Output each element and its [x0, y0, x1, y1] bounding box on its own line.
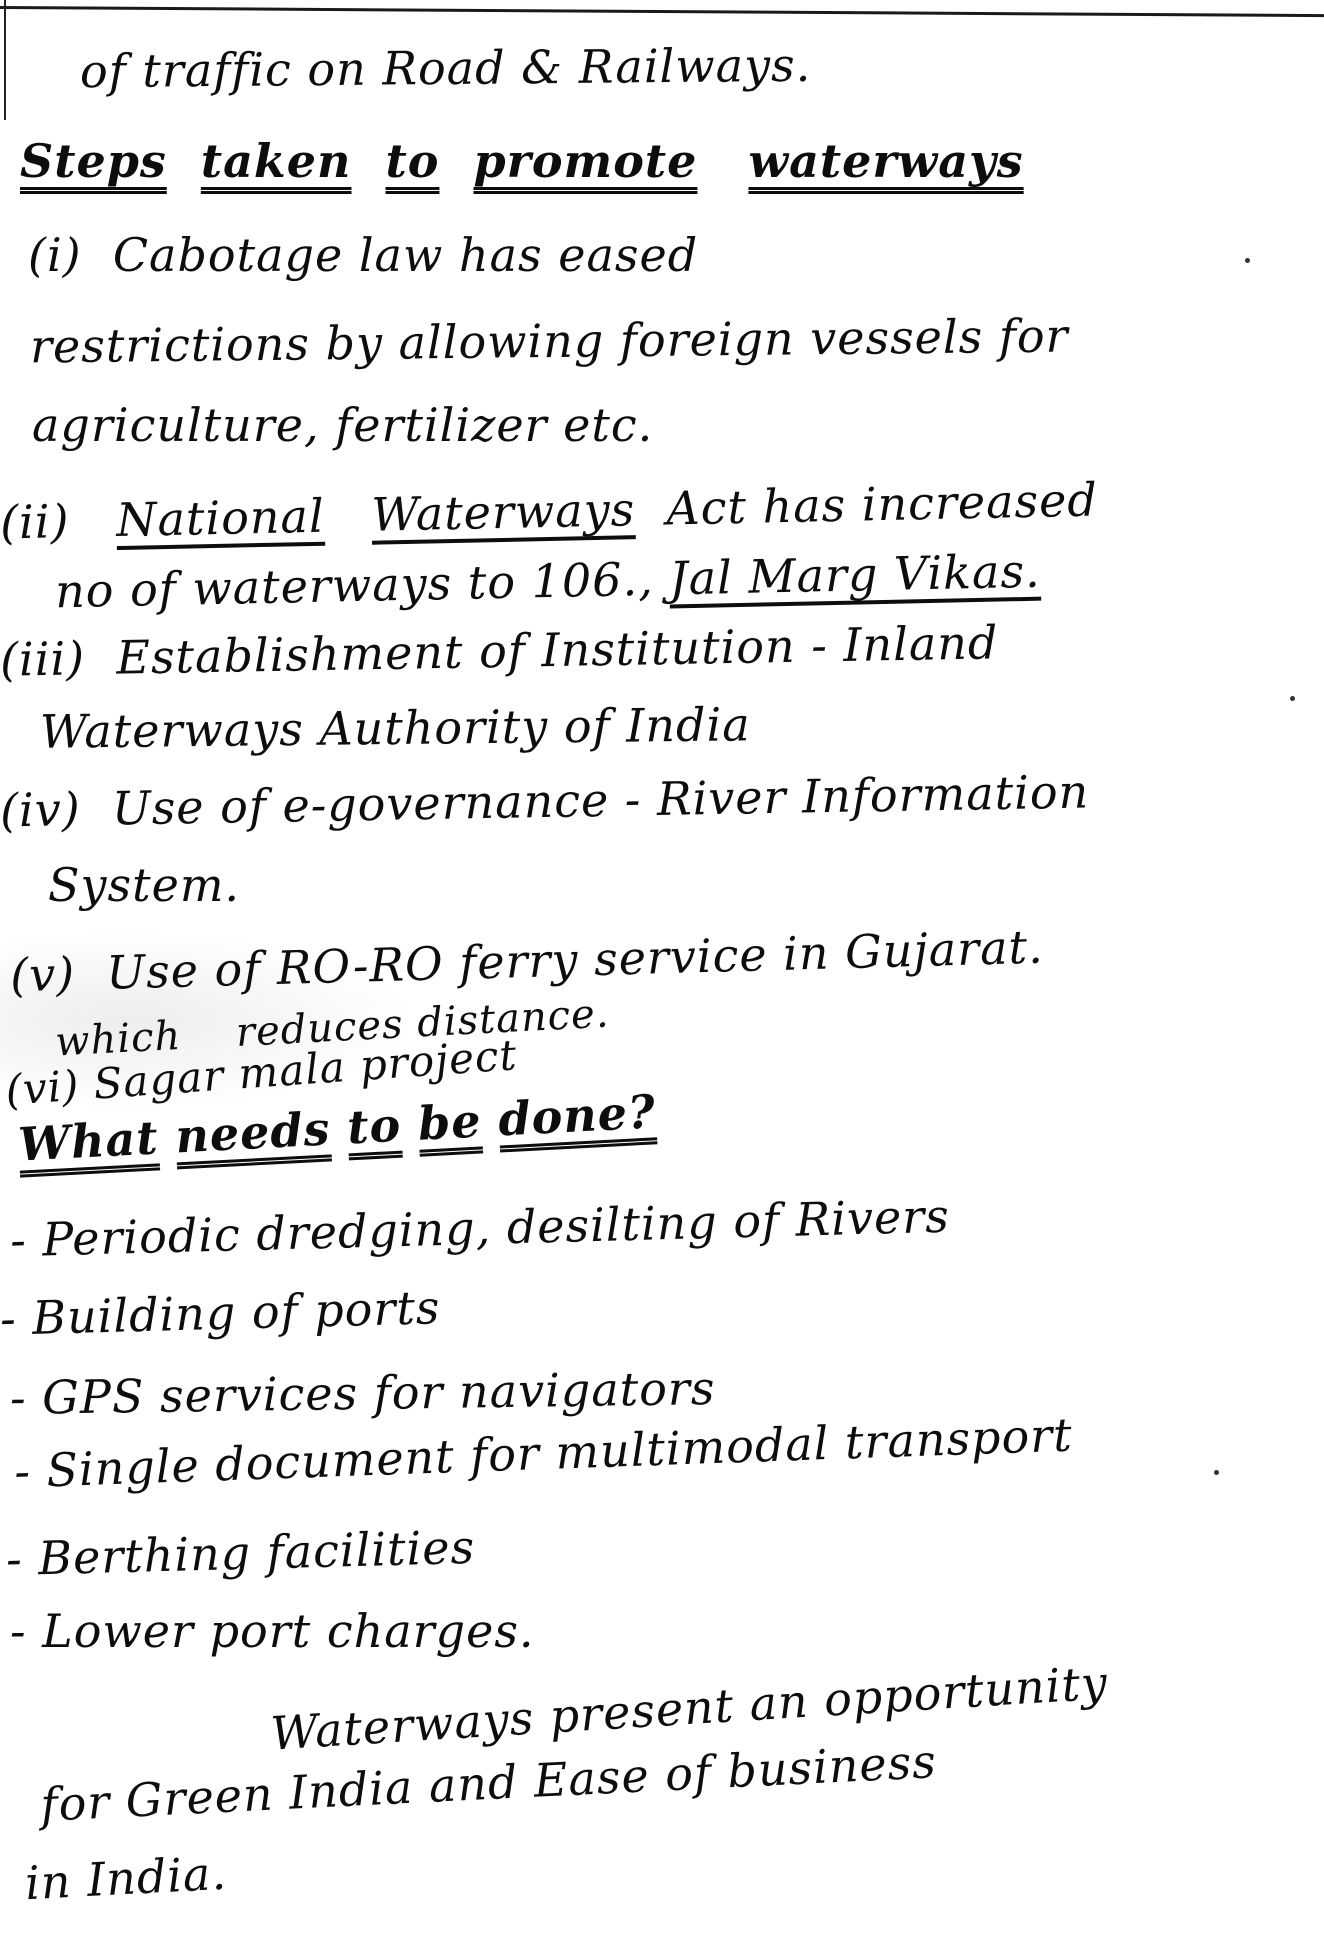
point-label: (i) [28, 228, 82, 282]
need-item-berthing: - Berthing facilities [5, 1524, 475, 1582]
need-item-gps: - GPS services for navigators [10, 1365, 716, 1421]
point-text: restrictions by allowing foreign vessels… [30, 309, 1069, 374]
need-text: - GPS services for navigators [10, 1361, 716, 1425]
heading-word: Steps [20, 134, 167, 188]
heading-word: promote [473, 134, 697, 188]
page-top-border [0, 6, 1324, 17]
need-item-ports: - Building of ports [0, 1284, 441, 1342]
point-i-line1: (i) Cabotage law has eased [28, 232, 698, 278]
conclusion-text: for Green India and Ease of business [39, 1734, 938, 1832]
heading-word: needs [174, 1101, 332, 1163]
underlined-scheme: Jal Marg Vikas. [669, 544, 1041, 606]
need-text: - Periodic dredging, desilting of Rivers [9, 1189, 950, 1268]
heading-word: waterways [748, 134, 1023, 188]
stray-mark [1245, 258, 1250, 263]
point-text: Cabotage law has eased [113, 228, 698, 282]
point-i-line3: agriculture, fertilizer etc. [32, 402, 653, 448]
heading-steps-taken: Steps taken to promote waterways [20, 138, 1024, 184]
stray-mark [1214, 1470, 1219, 1475]
heading-word: to [386, 134, 440, 188]
heading-word: done? [497, 1084, 657, 1146]
need-item-dredging: - Periodic dredging, desilting of Rivers [10, 1193, 951, 1264]
text-line-traffic: of traffic on Road & Railways. [80, 42, 812, 94]
point-label: (vi) [4, 1061, 81, 1115]
point-text: no of waterways to 106., [55, 552, 655, 619]
point-iv-line2: System. [48, 862, 240, 908]
conclusion-text: in India. [24, 1846, 229, 1910]
conclusion-text: Waterways present an opportunity [269, 1655, 1109, 1760]
heading-word: to [346, 1098, 403, 1155]
heading-word: be [417, 1093, 483, 1150]
conclusion-line3: in India. [24, 1850, 228, 1907]
conclusion-line1: Waterways present an opportunity [269, 1659, 1109, 1756]
point-text: agriculture, fertilizer etc. [32, 398, 653, 452]
need-text: - Lower port charges. [10, 1604, 535, 1658]
heading-word: taken [201, 134, 352, 188]
heading-word: What [17, 1110, 160, 1171]
need-item-port-charges: - Lower port charges. [10, 1608, 535, 1654]
underlined-word: National [116, 489, 325, 547]
point-text: System. [48, 858, 240, 912]
point-text: Waterways Authority of India [40, 697, 751, 758]
point-iii-line2: Waterways Authority of India [40, 701, 751, 754]
stray-mark [1290, 696, 1295, 701]
point-text: Use of e-governance - River Information [111, 764, 1089, 835]
point-iv-line1: (iv) Use of e-governance - River Informa… [0, 768, 1090, 833]
point-ii-line1: (ii) National Waterways Act has increase… [0, 477, 1098, 546]
need-text: - Berthing facilities [5, 1520, 475, 1586]
point-ii-line2: no of waterways to 106., Jal Marg Vikas. [55, 548, 1041, 615]
point-label: (iv) [0, 782, 81, 837]
need-text: - Building of ports [0, 1280, 441, 1346]
point-label: (ii) [0, 494, 70, 549]
underlined-word: Waterways [371, 482, 636, 542]
point-label: (iii) [0, 631, 86, 686]
line-text: of traffic on Road & Railways. [80, 38, 812, 98]
point-iii-line1: (iii) Establishment of Institution - Inl… [0, 619, 999, 682]
conclusion-line2: for Green India and Ease of business [39, 1738, 937, 1828]
point-label: (v) [9, 947, 75, 1003]
point-i-line2: restrictions by allowing foreign vessels… [30, 313, 1069, 370]
point-text: Establishment of Institution - Inland [116, 615, 999, 684]
point-text: Act has increased [666, 473, 1098, 536]
need-item-single-document: - Single document for multimodal transpo… [14, 1412, 1074, 1495]
page-margin-line [4, 0, 6, 120]
